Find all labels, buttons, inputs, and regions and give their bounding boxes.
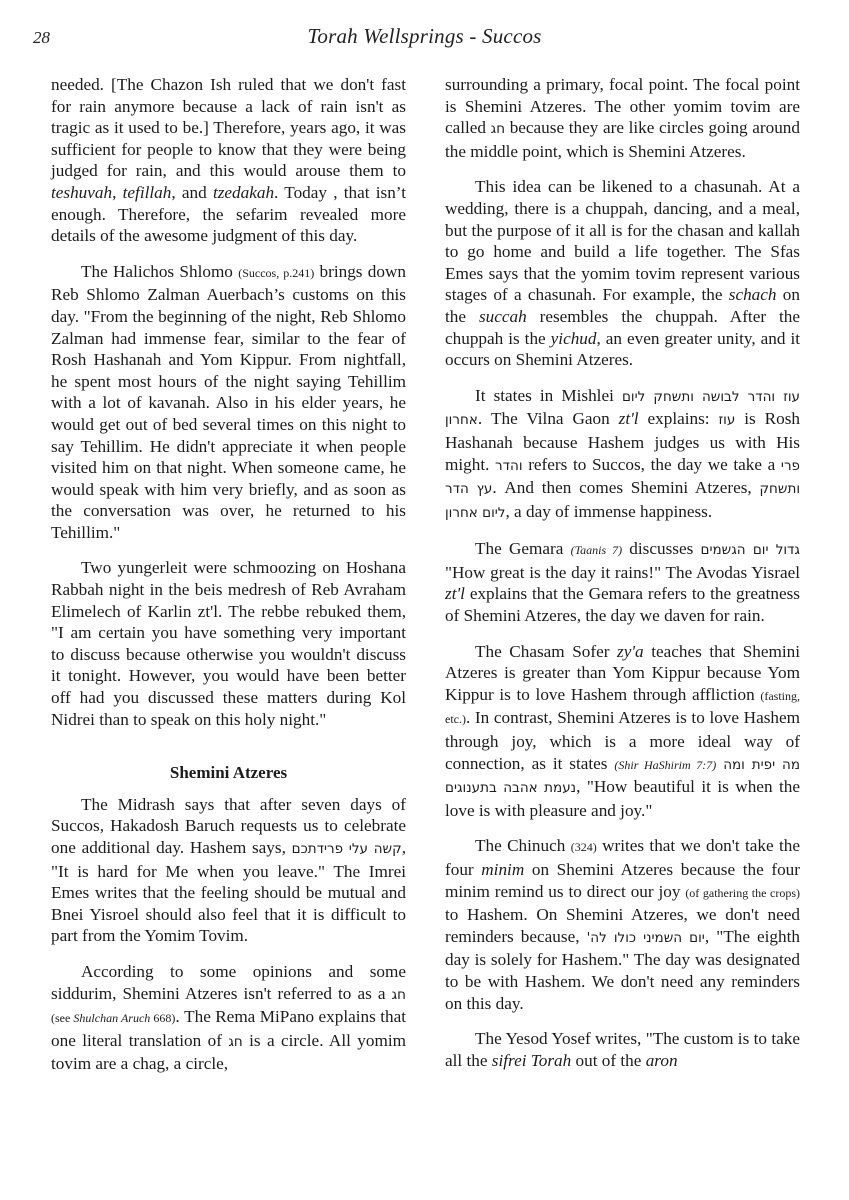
source-reference: (Taanis 7) [571,543,623,557]
italic-term: Shulchan Aruch [73,1011,150,1025]
hebrew-text: והדר [495,458,523,474]
section-heading: Shemini Atzeres [51,762,406,784]
hebrew-text: חג [392,987,406,1003]
paragraph-chinuch: The Chinuch (324) writes that we don't t… [445,835,800,1014]
italic-term: sifrei Torah [492,1051,571,1070]
italic-term: teshuvah [51,183,112,202]
italic-term: tzedakah [213,183,274,202]
italic-term: aron [646,1051,678,1070]
text: , [112,183,123,202]
text: The Chinuch [475,836,571,855]
italic-term: tefillah [123,183,172,202]
hebrew-text: קשה עלי פרידתכם [292,841,402,857]
running-title: Torah Wellsprings - Succos [0,24,849,49]
text: The Chasam Sofer [475,642,617,661]
paragraph-halichos-shlomo: The Halichos Shlomo (Succos, p.241) brin… [51,261,406,544]
source-reference: (324) [571,840,597,854]
text: , a day of immense happiness. [505,502,712,521]
italic-term: zy'a [617,642,644,661]
text: (see [51,1011,73,1025]
text: "How great is the day it rains!" The Avo… [445,563,800,582]
source-reference: (Shir HaShirim 7:7) [614,758,716,772]
text: explains that the Gemara refers to the g… [445,584,800,625]
paragraph-mishlei: It states in Mishlei עוז והדר לבושה ותשח… [445,385,800,525]
paragraph-yesod-yosef: The Yesod Yosef writes, "The custom is t… [445,1028,800,1071]
page-header: 28 Torah Wellsprings - Succos [0,24,849,54]
hebrew-text: חג [491,121,505,137]
italic-term: schach [729,285,777,304]
text: explains: [639,409,719,428]
text: needed. [The Chazon Ish ruled that we do… [51,75,406,180]
paragraph-yungerleit: Two yungerleit were schmoozing on Hoshan… [51,557,406,730]
text: brings down Reb Shlomo Zalman Auerbach’s… [51,262,406,542]
italic-term: minim [481,860,524,879]
italic-term: succah [479,307,527,326]
text: 668) [150,1011,175,1025]
paragraph-chasunah: This idea can be likened to a chasunah. … [445,176,800,370]
text: The Gemara [475,539,571,558]
left-column: needed. [The Chazon Ish ruled that we do… [51,74,406,1089]
text: The Halichos Shlomo [81,262,238,281]
source-reference: (see Shulchan Aruch 668) [51,1011,175,1025]
right-column: surrounding a primary, focal point. The … [445,74,800,1085]
text: . And then comes Shemini Atzeres, [492,478,759,497]
italic-term: yichud [551,329,597,348]
paragraph-focal-point: surrounding a primary, focal point. The … [445,74,800,162]
paragraph-chasam-sofer: The Chasam Sofer zy'a teaches that Shemi… [445,641,800,822]
paragraph-rain-judgment: needed. [The Chazon Ish ruled that we do… [51,74,406,247]
italic-term: zt'l [445,584,465,603]
text: discusses [622,539,700,558]
hebrew-text: עוז [719,412,736,428]
text: . The Vilna Gaon [478,409,619,428]
paragraph-gemara: The Gemara (Taanis 7) discusses גדול יום… [445,538,800,626]
text: refers to Succos, the day we take a [523,455,781,474]
text: It states in Mishlei [475,386,622,405]
text: out of the [571,1051,645,1070]
hebrew-text: גדול יום הגשמים [701,542,800,558]
paragraph-chag: According to some opinions and some sidd… [51,961,406,1075]
text: , and [171,183,213,202]
text: According to some opinions and some sidd… [51,962,406,1003]
source-reference: (of gathering the crops) [685,886,800,900]
paragraph-midrash: The Midrash says that after seven days o… [51,794,406,947]
source-reference: (Succos, p.241) [238,266,314,280]
hebrew-text: יום השמיני כולו לה' [587,930,705,946]
italic-term: zt'l [619,409,639,428]
hebrew-text: חג [228,1034,242,1050]
